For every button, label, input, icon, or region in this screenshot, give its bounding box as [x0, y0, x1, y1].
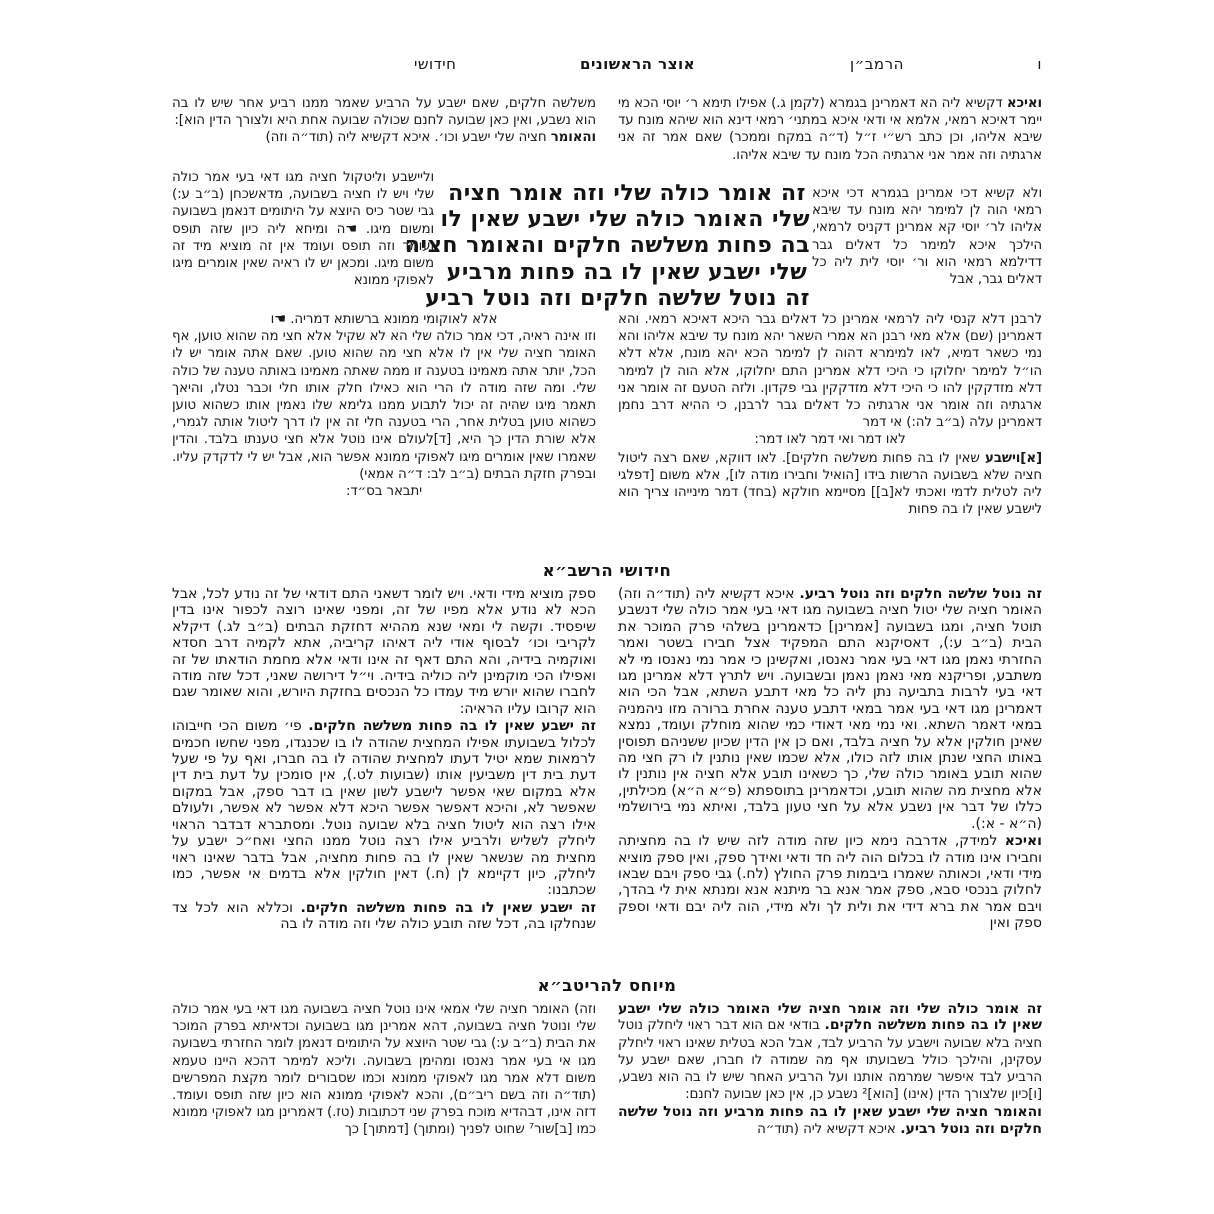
paragraph-close: לאו דמר ואי דמר לאו דמר: [618, 431, 1042, 448]
ritva-paragraph: זה אומר כולה שלי וזה אומר חציה שלי האומר… [618, 1001, 1042, 1103]
ramban-right-paragraph-2: [א]וישבע שאין לו בה פחות משלשה חלקים]. ל… [618, 450, 1042, 519]
paragraph-text: לרבנן דלא קנסי ליה לרמאי אמרינן כל דאלים… [618, 311, 1042, 431]
paragraph-text: למידק, אדרבה נימא כיון שזה מודה לזה שיש … [618, 833, 1042, 931]
mishnah-line: שלי ישבע שאין לו בה פחות מרביע [444, 260, 810, 286]
rashba-paragraph: ספק מוציא מידי ודאי. ויש לומר דשאני התם … [172, 586, 596, 717]
header-section-label-right: הרמב״ן [850, 55, 904, 73]
ritva-paragraph: וזה) האומר חציה שלי אמאי אינו נוטל חציה … [172, 1001, 596, 1139]
rashba-paragraph: זה נוטל שלשה חלקים וזה נוטל רביע. איכא ד… [618, 586, 1042, 832]
rashba-paragraph: זה ישבע שאין לו בה פחות משלשה חלקים. וכל… [172, 900, 596, 933]
paragraph-text: שאין לו בה פחות משלשה חלקים]. לאו דווקא,… [618, 451, 1042, 518]
heading-chidushei-harashba: חידושי הרשב״א [172, 561, 1042, 580]
paragraph-text: פי׳ משום הכי חייבוהו לכלול בשבועתו אפילו… [172, 718, 596, 898]
paragraph-text: וזה) האומר חציה שלי אמאי אינו נוטל חציה … [172, 1002, 596, 1137]
paragraph-text: משלשה חלקים, שאם ישבע על הרביע שאמר ממנו… [172, 95, 596, 129]
dibur-hamatchil: ואיכא [1007, 96, 1042, 111]
section-ramban: זה אומר כולה שלי וזה אומר חציה שלי האומר… [172, 95, 1042, 553]
section-ritva: זה אומר כולה שלי וזה אומר חציה שלי האומר… [172, 1001, 1042, 1181]
paragraph-text: דקשיא ליה הא דאמרינן בגמרא (לקמן ג.) אפי… [618, 96, 1042, 163]
dibur-hamatchil: [א]וישבע [985, 451, 1042, 466]
paragraph-text: ספק מוציא מידי ודאי. ויש לומר דשאני התם … [172, 586, 596, 717]
ramban-left-lead-line: והאומר חציה שלי ישבע וכו׳. איכא דקשיא לי… [172, 129, 596, 146]
ramban-left-continuation: אלא לאוקומי ממונא ברשותא דמריה. ☚ו וזו א… [172, 311, 596, 500]
rashba-paragraph: ואיכא למידק, אדרבה נימא כיון שזה מודה לז… [618, 833, 1042, 931]
mishnah-line: זה נוטל שלשה חלקים וזה נוטל רביע [444, 286, 810, 312]
ramban-left-opening: משלשה חלקים, שאם ישבע על הרביע שאמר ממנו… [172, 95, 596, 147]
mishnah-line: זה אומר כולה שלי וזה אומר חציה [444, 181, 810, 207]
dibur-hamatchil: ואיכא [1005, 833, 1042, 849]
section-rashba: זה נוטל שלשה חלקים וזה נוטל רביע. איכא ד… [172, 586, 1042, 968]
ritva-paragraph: והאומר חציה שלי ישבע שאין לו בה פחות מרב… [618, 1104, 1042, 1138]
ramban-right-continuation: לרבנן דלא קנסי ליה לרמאי אמרינן כל דאלים… [618, 311, 1042, 518]
running-header: חידושי אוצר הראשונים הרמב״ן ו [172, 55, 1042, 95]
page-sheet: חידושי אוצר הראשונים הרמב״ן ו זה אומר כו… [172, 0, 1042, 1181]
rashba-paragraph: זה ישבע שאין לו בה פחות משלשה חלקים. פי׳… [172, 718, 596, 898]
rashba-right-column: זה נוטל שלשה חלקים וזה נוטל רביע. איכא ד… [618, 586, 1042, 968]
dibur-hamatchil: זה ישבע שאין לו בה פחות משלשה חלקים. [308, 718, 596, 734]
ritva-left-column: וזה) האומר חציה שלי אמאי אינו נוטל חציה … [172, 1001, 596, 1181]
folio-number: ו [1037, 55, 1042, 73]
rashba-left-column: ספק מוציא מידי ודאי. ויש לומר דשאני התם … [172, 586, 596, 968]
heading-meyuchas-laritva: מיוחס להריטב״א [172, 976, 1042, 995]
ramban-left-narrow: וליישבע וליטקול חציה מגו דאי בעי אמר כול… [172, 169, 434, 289]
paragraph-text: וזו אינה ראיה, דכי אמר כולה שלי הא לא שק… [172, 328, 596, 483]
ritva-right-column: זה אומר כולה שלי וזה אומר חציה שלי האומר… [618, 1001, 1042, 1181]
dibur-hamatchil: זה נוטל שלשה חלקים וזה נוטל רביע. [799, 586, 1042, 602]
paragraph-close: יתבאר בס״ד: [172, 483, 596, 500]
paragraph-text: איכא דקשיא ליה (תוד״ה [757, 1122, 896, 1137]
header-section-label-left: חידושי [414, 55, 456, 73]
dibur-hamatchil: והאומר [551, 130, 596, 145]
mishnah-line: שלי האומר כולה שלי ישבע שאין לו [444, 207, 810, 233]
mishnah-quote-block: זה אומר כולה שלי וזה אומר חציה שלי האומר… [444, 181, 810, 312]
ramban-right-opening: ואיכא דקשיא ליה הא דאמרינן בגמרא (לקמן ג… [618, 95, 1042, 164]
ramban-right-narrow: ולא קשיא דכי אמרינן בגמרא דכי איכא רמאי … [812, 185, 1042, 288]
dibur-hamatchil: זה ישבע שאין לו בה פחות משלשה חלקים. [301, 900, 596, 916]
scanned-talmud-page: { "header": { "page_number": "ו", "label… [0, 0, 1214, 1214]
bridge-line: אלא לאוקומי ממונא ברשותא דמריה. ☚ו [172, 311, 596, 328]
mishnah-line: בה פחות משלשה חלקים והאומר חציה [444, 233, 810, 259]
paragraph-text: חציה שלי ישבע וכו׳. איכא דקשיא ליה (תוד״… [266, 130, 547, 145]
page-title: אוצר הראשונים [580, 55, 695, 73]
paragraph-text: איכא דקשיא ליה (תוד״ה וזה) האומר חציה של… [618, 586, 1042, 832]
